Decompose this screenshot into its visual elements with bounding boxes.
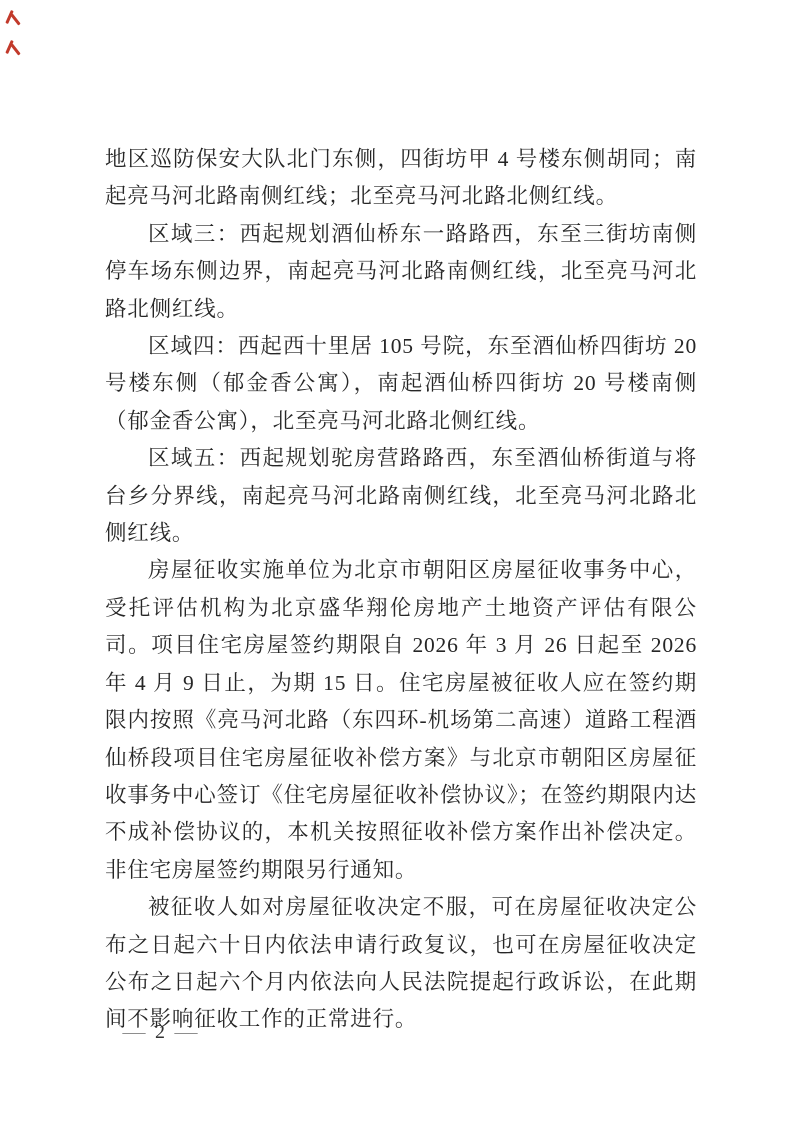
- body-paragraph-zone-four: 区域四：西起西十里居 105 号院，东至酒仙桥四街坊 20 号楼东侧（郁金香公寓…: [105, 328, 697, 440]
- red-ink-artifact: [5, 8, 21, 30]
- page-number-left-dash: —: [123, 1019, 146, 1045]
- page-number-footer: — 2 —: [124, 1019, 196, 1045]
- body-text-block: 地区巡防保安大队北门东侧，四街坊甲 4 号楼东侧胡同；南起亮马河北路南侧红线；北…: [105, 141, 697, 1039]
- body-paragraph-legal-remedy: 被征收人如对房屋征收决定不服，可在房屋征收决定公布之日起六十日内依法申请行政复议…: [105, 889, 697, 1039]
- red-ink-stroke: [10, 13, 20, 25]
- red-ink-artifact: [5, 38, 21, 60]
- document-page: 地区巡防保安大队北门东侧，四街坊甲 4 号楼东侧胡同；南起亮马河北路南侧红线；北…: [0, 0, 794, 1123]
- page-number-right-dash: —: [175, 1019, 198, 1045]
- red-ink-stroke: [5, 10, 13, 24]
- page-number-value: 2: [155, 1019, 165, 1045]
- body-paragraph-zone-five: 区域五：西起规划驼房营路路西，东至酒仙桥街道与将台乡分界线，南起亮马河北路南侧红…: [105, 440, 697, 552]
- body-paragraph-zone-three: 区域三：西起规划酒仙桥东一路路西，东至三街坊南侧停车场东侧边界，南起亮马河北路南…: [105, 216, 697, 328]
- red-ink-stroke: [5, 40, 13, 54]
- body-paragraph-continuation: 地区巡防保安大队北门东侧，四街坊甲 4 号楼东侧胡同；南起亮马河北路南侧红线；北…: [105, 141, 697, 216]
- red-ink-stroke: [10, 43, 20, 55]
- body-paragraph-implementation: 房屋征收实施单位为北京市朝阳区房屋征收事务中心，受托评估机构为北京盛华翔伦房地产…: [105, 552, 697, 889]
